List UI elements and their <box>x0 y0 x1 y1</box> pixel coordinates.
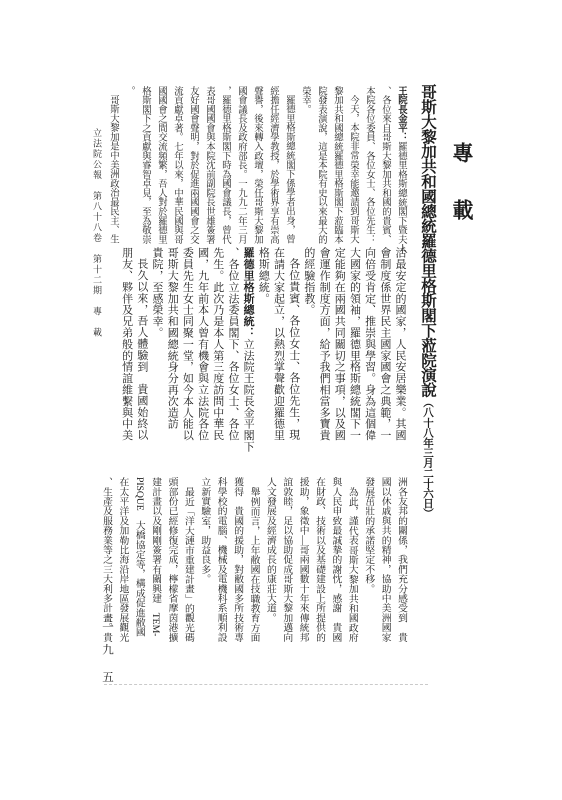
text-column: 友好國會聲明，對於促進兩國國會之交 <box>184 86 200 248</box>
text-column: 羅德里格斯總統：立法院王院長金平閣下 <box>241 247 256 457</box>
journal-margin-line: 立法院公報 第八十八卷 第十二期 專 載 <box>91 128 104 338</box>
text-column: 會運作制度方面，給予我們相當多寶貴 <box>317 247 332 457</box>
section-label: 專載 <box>447 142 477 256</box>
text-column: 立新實驗室，助益良多。 <box>195 477 211 649</box>
text-column: 定能夠在兩國共同關切之事項，以及國 <box>332 247 347 457</box>
scan-artifact-line <box>104 684 428 685</box>
text-column: 發展茁壯的承諾堅定不移。 <box>359 477 375 649</box>
text-column: 誼敦睦，足以協助促成哥斯大黎加邁向 <box>277 477 293 649</box>
text-column: 哥斯大黎加是中美洲政治最民主、生 <box>104 86 120 248</box>
text-column: 各位貴賓、各位女士、各位先生，現 <box>287 247 302 457</box>
text-column: 在財政、技術以及基礎建設上所提供的 <box>310 477 326 649</box>
text-column: 先生。此次乃是本人第三度訪問中華民 <box>211 247 226 457</box>
text-column: 洲各友邦的關係，我們充分感受到 貴 <box>392 477 408 649</box>
text-column: 向倍受肯定、推崇與學習。身為這個偉 <box>362 247 377 457</box>
text-column: 國會議長及政府部長。一九九二年三月 <box>232 86 248 248</box>
text-column: 與人民申致最誠摯的謝忱，感謝 貴國 <box>326 477 342 649</box>
text-column: 人文發展及經濟成長的康莊大道。 <box>260 477 276 649</box>
text-column: 院發表演說，這是本院有史以來最大的 <box>312 86 328 248</box>
text-column: 援助，象徵中—哥兩國數十年來傳統邦 <box>293 477 309 649</box>
text-column: 舉例而言，上年敝國在技職教育方面 <box>244 477 260 649</box>
text-column: 、各位立法委員閣下、各位女士、各位 <box>226 247 241 457</box>
text-column: PISQUE 大橋協定等，構成促進敝國 <box>129 477 145 649</box>
text-band-top: 王院長金平：羅德里格斯總統閣下暨夫人、各位來自哥斯大黎加共和國的貴賓、本院各位委… <box>104 86 408 248</box>
gazette-page: { "page": { "number_cn": "三九五", "section… <box>0 0 562 800</box>
text-column: 為此，謹代表哥斯大黎加共和國政府 <box>342 477 358 649</box>
text-column: 格斯總統。 <box>256 247 271 457</box>
article-title: 哥斯大黎加共和國總統羅德里格斯閣下蒞院演說（八十八年三月二十六日） <box>416 84 438 544</box>
text-column: 會制度係世界民主國家國會之典範，一 <box>378 247 393 457</box>
text-column: 長久以來，吾人體驗到 貴國始終以 <box>135 247 150 457</box>
text-column: 建計畫以及剛剛簽署有關興建 TEM- <box>146 477 162 649</box>
text-column: 國國會之間交流頻繁，吾人對於羅德里 <box>152 86 168 248</box>
article-title-text: 哥斯大黎加共和國總統羅德里格斯閣下蒞院演說 <box>419 84 436 397</box>
text-column: 貴院，至感榮幸。 <box>150 247 165 457</box>
text-column: 王院長金平：羅德里格斯總統閣下暨夫人 <box>392 86 408 248</box>
text-column: 。 <box>120 86 136 248</box>
text-column: 、各位來自哥斯大黎加共和國的貴賓、 <box>376 86 392 248</box>
text-column: 羅德里格斯總統閣下係學者出身，曾 <box>280 86 296 248</box>
article-title-date: （八十八年三月二十六日） <box>422 397 433 518</box>
text-column: 的經驗指教。 <box>302 247 317 457</box>
text-column: 今天，本院非常榮幸能邀請到哥斯大 <box>344 86 360 248</box>
text-column: 格斯閣下之貢獻與睿智卓見，至為敬崇 <box>136 86 152 248</box>
text-column: 在請大家起立，以熱烈掌聲歡迎羅德里 <box>271 247 286 457</box>
text-column: 頭部份已經修復完成，檸檬省摩茵港擴 <box>162 477 178 649</box>
text-column: 聲譽，後來轉入政壇，榮任哥斯大黎加 <box>248 86 264 248</box>
text-column: 國，九年前本人曾有機會與立法院各位 <box>195 247 210 457</box>
text-column: ，羅德里格斯閣下時為國會議長，曾代 <box>216 86 232 248</box>
page-number: 三九五 <box>99 616 115 699</box>
text-column: 最近「洋大漣市重建計畫」的觀光碼 <box>179 477 195 649</box>
text-column: 在太平洋及加勒比海沿岸地區發展觀光 <box>113 477 129 649</box>
text-column: 獲得 貴國的援助，對敝國多所技術專 <box>228 477 244 649</box>
text-column: 大國家的領袖，羅德里格斯總統閣下一 <box>347 247 362 457</box>
text-column: 哥斯大黎加共和國總統身分再次造訪 <box>165 247 180 457</box>
text-column: 經擔任經濟學教授，於學術界享有崇高 <box>264 86 280 248</box>
text-band-bottom: 洲各友邦的關係，我們充分感受到 貴國以休戚與共的精神，協助中美洲國家發展茁壯的承… <box>95 477 408 649</box>
text-column: 表哥國國會與本院沈前副院長世雄簽署 <box>200 86 216 248</box>
text-column: 國以休戚與共的精神，協助中美洲國家 <box>375 477 391 649</box>
text-column: 活最安定的國家，人民安居樂業。其國 <box>393 247 408 457</box>
text-column: 委員先生女士同聚一堂，如今本人能以 <box>180 247 195 457</box>
text-column: 本院各位委員、各位女士、各位先生： <box>360 86 376 248</box>
text-band-middle: 活最安定的國家，人民安居樂業。其國會制度係世界民主國家國會之典範，一向倍受肯定、… <box>118 247 408 457</box>
text-column: 朋友、夥伴及兄弟般的情誼維繫與中美 <box>119 247 134 457</box>
text-column: 黎加共和國總統羅德里格斯閣下蒞臨本 <box>328 86 344 248</box>
text-column: 榮幸。 <box>296 86 312 248</box>
text-column: 流貢獻卓著。七年以來，中華民國與哥 <box>168 86 184 248</box>
text-column: 科學校的電腦、機械及電機科系順利設 <box>211 477 227 649</box>
